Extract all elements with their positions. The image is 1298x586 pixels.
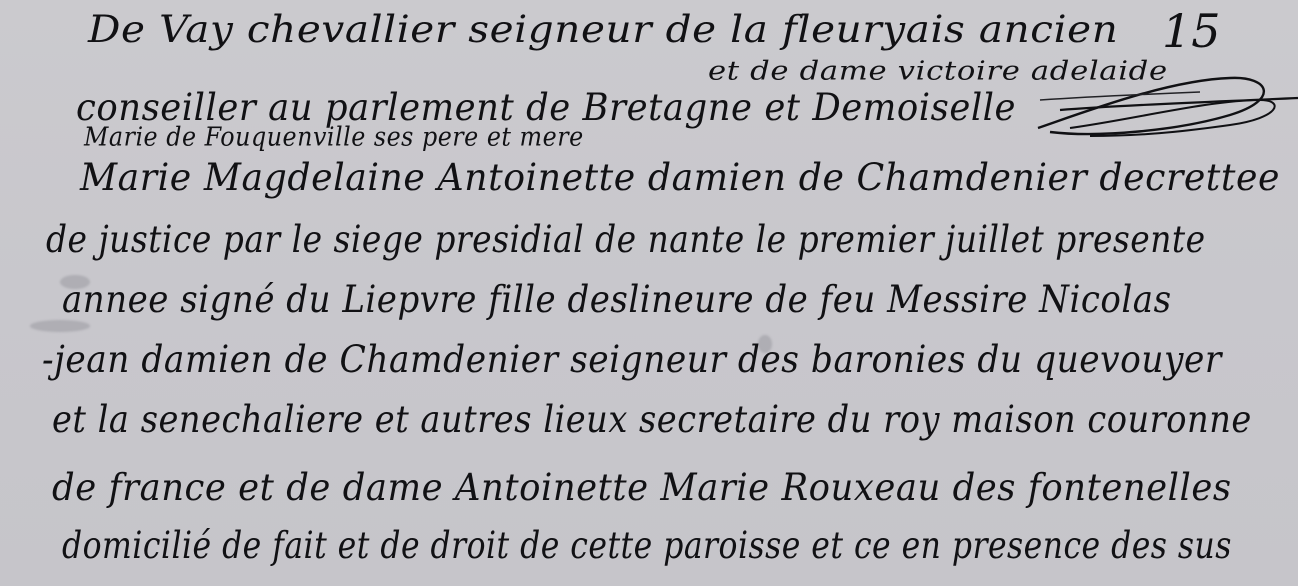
manuscript-line-8: de france et de dame Antoinette Marie Ro… xyxy=(52,465,1232,509)
manuscript-line-3: Marie Magdelaine Antoinette damien de Ch… xyxy=(80,155,1280,199)
manuscript-line-5: annee signé du Liepvre fille deslineure … xyxy=(62,277,1172,321)
paraph-flourish-icon xyxy=(1030,70,1298,150)
manuscript-page: 15 De Vay chevallier seigneur de la fleu… xyxy=(0,0,1298,586)
ink-smudge xyxy=(30,320,90,332)
interlinear-insertion-2: Marie de Fouquenville ses pere et mere xyxy=(84,121,584,152)
manuscript-line-1: De Vay chevallier seigneur de la fleurya… xyxy=(88,7,1118,51)
folio-number: 15 xyxy=(1162,4,1221,58)
manuscript-line-4: de justice par le siege presidial de nan… xyxy=(46,217,1206,261)
manuscript-line-6: -jean damien de Chamdenier seigneur des … xyxy=(42,337,1222,381)
manuscript-line-7: et la senechaliere et autres lieux secre… xyxy=(52,397,1252,441)
manuscript-line-9: domicilié de fait et de droit de cette p… xyxy=(62,523,1232,567)
